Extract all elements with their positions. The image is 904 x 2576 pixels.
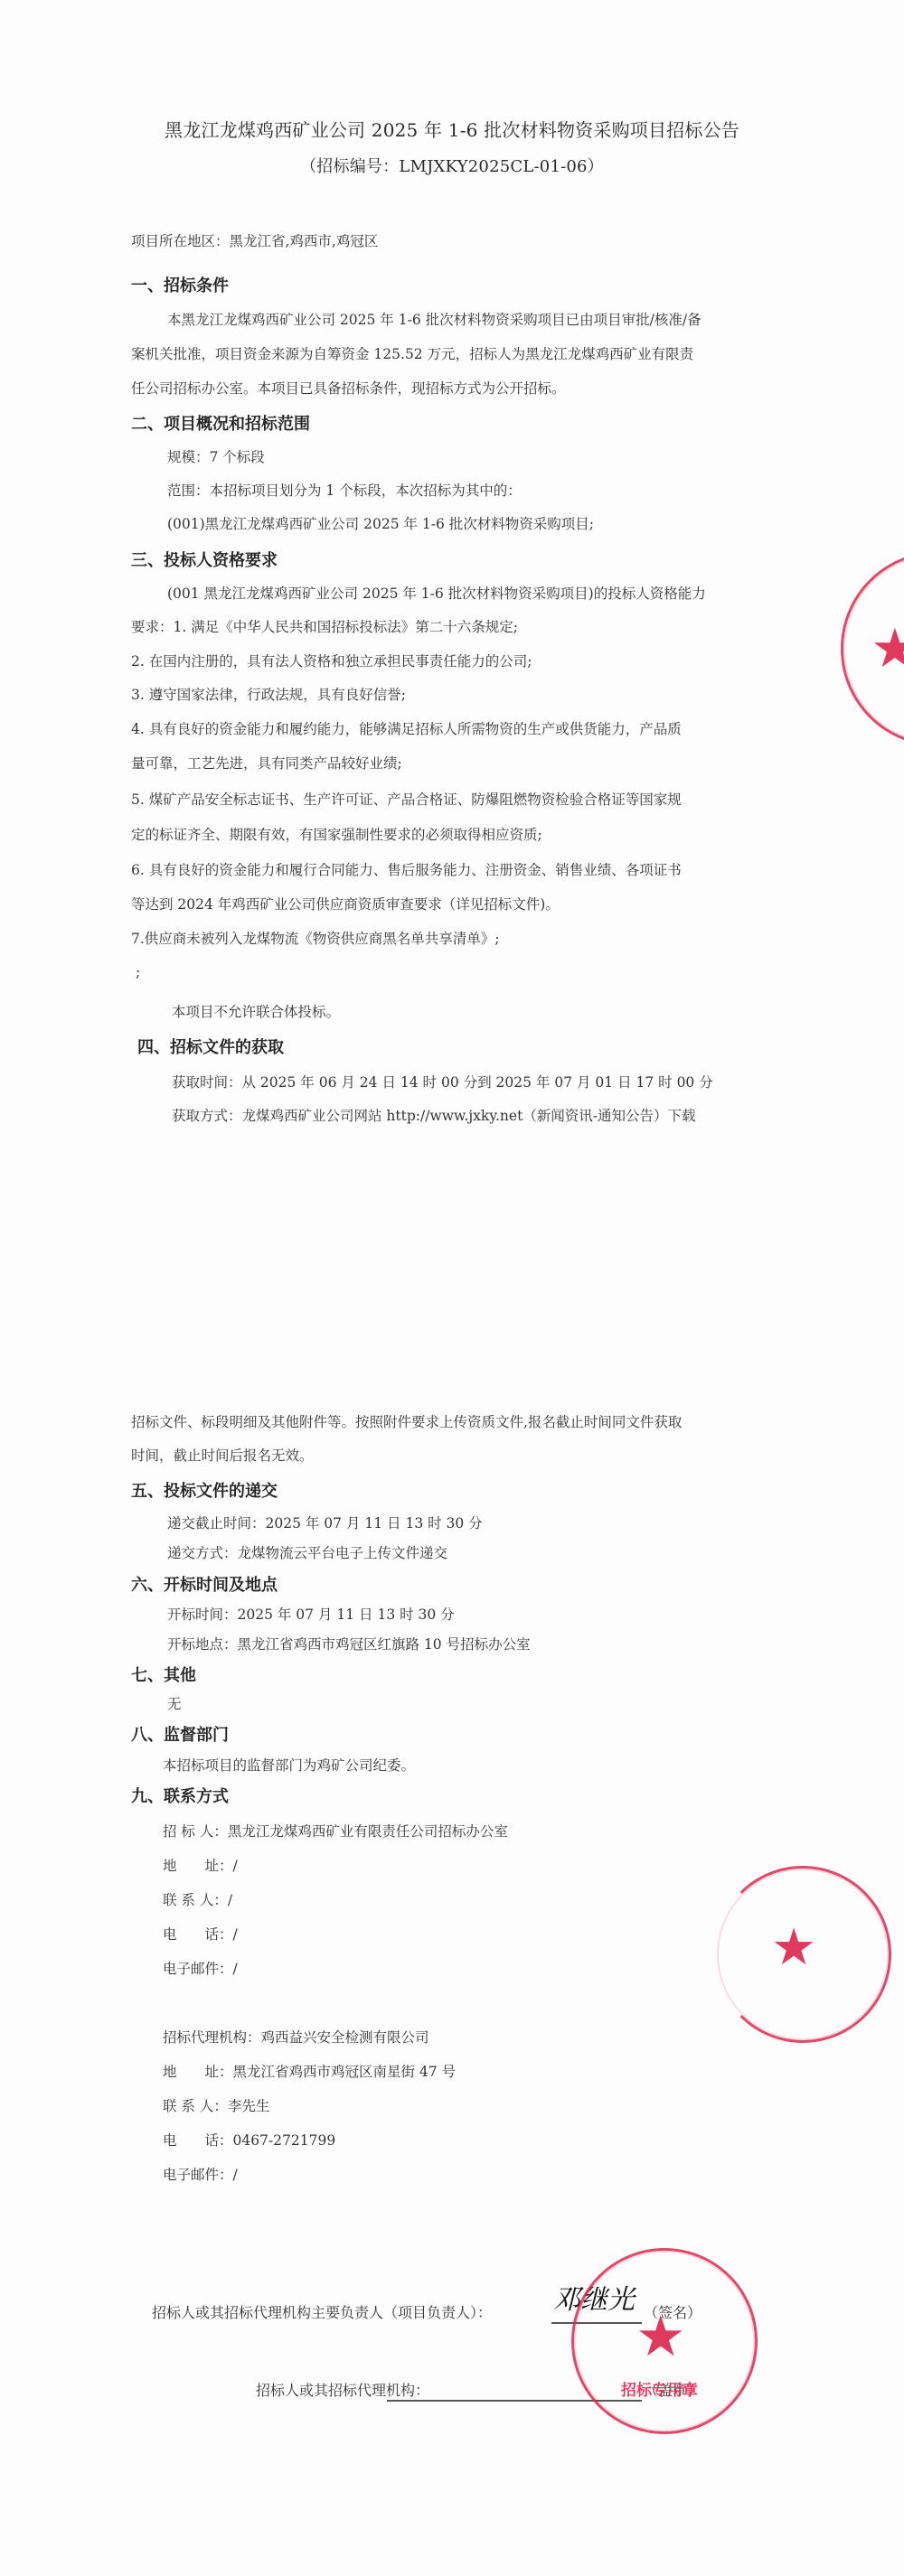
- section-3-line: 量可靠，工艺先进，具有同类产品较好业绩;: [131, 753, 402, 773]
- section-3-line: 5. 煤矿产品安全标志证书、生产许可证、产品合格证、防爆阻燃物资检验合格证等国家…: [131, 789, 682, 809]
- seal-star-icon: ★: [771, 1918, 816, 1977]
- section-3-line: 等达到 2024 年鸡西矿业公司供应商资质审查要求（详见招标文件)。: [131, 894, 560, 913]
- section-1-line: 本黑龙江龙煤鸡西矿业公司 2025 年 1-6 批次材料物资采购项目已由项目审批…: [167, 309, 702, 329]
- project-region: 项目所在地区：黑龙江省,鸡西市,鸡冠区: [131, 230, 378, 250]
- tender-seal-main: ★ 招标专用章: [571, 2248, 758, 2434]
- agency-name: 招标代理机构：鸡西益兴安全检测有限公司: [163, 2027, 429, 2047]
- section-heading-1: 一、招标条件: [131, 273, 229, 296]
- section-heading-7: 七、其他: [131, 1663, 196, 1686]
- section-3-line: 本项目不允许联合体投标。: [172, 1001, 340, 1021]
- company-seal-right-edge: ★: [841, 551, 904, 746]
- section-2-line: (001)黑龙江龙煤鸡西矿业公司 2025 年 1-6 批次材料物资采购项目;: [167, 513, 594, 533]
- section-3-line: 6. 具有良好的资金能力和履行合同能力、售后服务能力、注册资金、销售业绩、各项证…: [131, 859, 682, 879]
- section-7-line: 无: [167, 1693, 182, 1713]
- section-4-line: 获取时间：从 2025 年 06 月 24 日 14 时 00 分到 2025 …: [172, 1072, 713, 1091]
- document-title: 黑龙江龙煤鸡西矿业公司 2025 年 1-6 批次材料物资采购项目招标公告: [0, 116, 904, 142]
- section-heading-8: 八、监督部门: [131, 1722, 229, 1746]
- section-2-line: 范围：本招标项目划分为 1 个标段，本次招标为其中的：: [167, 480, 522, 500]
- section-6-line: 开标时间：2025 年 07 月 11 日 13 时 30 分: [167, 1604, 455, 1624]
- section-3-line: 定的标证齐全、期限有效，有国家强制性要求的必须取得相应资质;: [131, 824, 542, 844]
- section-heading-4: 四、招标文件的获取: [137, 1035, 284, 1058]
- section-8-line: 本招标项目的监督部门为鸡矿公司纪委。: [163, 1755, 415, 1775]
- section-2-line: 规模：7 个标段: [167, 446, 265, 466]
- section-heading-6: 六、开标时间及地点: [131, 1572, 278, 1596]
- section-3-line: (001 黑龙江龙煤鸡西矿业公司 2025 年 1-6 批次材料物资采购项目)的…: [167, 583, 706, 603]
- section-3-line: 2. 在国内注册的，具有法人资格和独立承担民事责任能力的公司;: [131, 651, 532, 670]
- section-1-line: 任公司招标办公室。本项目已具备招标条件，现招标方式为公开招标。: [131, 378, 566, 398]
- tender-number: （招标编号：LMJXKY2025CL-01-06）: [0, 154, 904, 177]
- tenderer-contact: 联 系 人：/: [163, 1889, 232, 1909]
- section-4-line: 获取方式：龙煤鸡西矿业公司网站 http://www.jxky.net（新闻资讯…: [172, 1105, 696, 1125]
- section-6-line: 开标地点：黑龙江省鸡西市鸡冠区红旗路 10 号招标办公室: [167, 1634, 531, 1653]
- section-3-line: 4. 具有良好的资金能力和履约能力，能够满足招标人所需物资的生产或供货能力，产品…: [131, 718, 682, 738]
- section-5-line: 递交方式：龙煤物流云平台电子上传文件递交: [167, 1542, 447, 1562]
- section-heading-2: 二、项目概况和招标范围: [131, 411, 310, 435]
- section-5-line: 递交截止时间：2025 年 07 月 11 日 13 时 30 分: [167, 1513, 483, 1532]
- agency-address: 地 址：黑龙江省鸡西市鸡冠区南星街 47 号: [163, 2061, 456, 2081]
- tenderer-phone: 电 话：/: [163, 1924, 238, 1944]
- tenderer-address: 地 址：/: [163, 1855, 238, 1875]
- agency-phone: 电 话：0467-2721799: [163, 2130, 335, 2150]
- section-3-line: 要求：1. 满足《中华人民共和国招标投标法》第二十六条规定;: [131, 616, 518, 636]
- seal-star-icon: ★: [871, 617, 904, 680]
- section-heading-3: 三、投标人资格要求: [131, 548, 278, 571]
- agency-contact: 联 系 人：李先生: [163, 2095, 269, 2115]
- section-3-line: ;: [136, 964, 140, 980]
- section-3-line: 7.供应商未被列入龙煤物流《物资供应商黑名单共享清单》;: [131, 928, 500, 948]
- tenderer-name: 招 标 人：黑龙江龙煤鸡西矿业有限责任公司招标办公室: [163, 1821, 508, 1841]
- section-heading-5: 五、投标文件的递交: [131, 1478, 278, 1502]
- signature-line-label: 招标人或其招标代理机构主要负责人（项目负责人）：: [152, 2301, 492, 2322]
- section-4-line: 招标文件、标段明细及其他附件等。按照附件要求上传资质文件,报名截止时间同文件获取: [131, 1411, 682, 1431]
- tenderer-email: 电子邮件：/: [163, 1958, 238, 1978]
- section-heading-9: 九、联系方式: [131, 1784, 229, 1807]
- section-3-line: 3. 遵守国家法律，行政法规，具有良好信誉;: [131, 684, 406, 704]
- section-4-line: 时间，截止时间后报名无效。: [131, 1445, 314, 1465]
- seal-line-label: 招标人或其招标代理机构：: [256, 2379, 429, 2400]
- section-1-line: 案机关批准，项目资金来源为自筹资金 125.52 万元，招标人为黑龙江龙煤鸡西矿…: [131, 343, 693, 363]
- seal-star-icon: ★: [636, 2303, 686, 2369]
- agency-email: 电子邮件：/: [163, 2164, 238, 2184]
- company-seal-contact: ★: [714, 1866, 891, 2043]
- seal-center-text: 招标专用章: [621, 2377, 698, 2400]
